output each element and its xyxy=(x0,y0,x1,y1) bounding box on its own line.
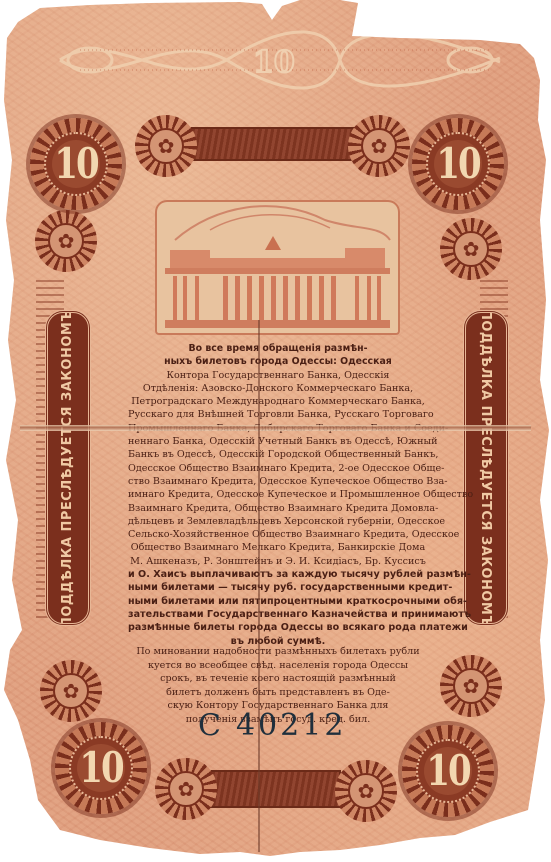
rosette-bottom-right-inner: ✿ xyxy=(335,760,397,822)
rosette-top-left-inner: ✿ xyxy=(135,115,197,177)
flower-icon: ✿ xyxy=(53,673,89,709)
flower-icon: ✿ xyxy=(453,668,489,704)
bottom-ornament-band xyxy=(210,770,341,808)
corner-numeral-top-left: 10 xyxy=(30,118,122,210)
building-icon xyxy=(155,200,400,335)
flower-icon: ✿ xyxy=(168,771,204,807)
corner-numeral-bottom-right: 10 xyxy=(402,725,494,817)
flower-icon: ✿ xyxy=(148,128,184,164)
serial-series: С xyxy=(198,708,224,743)
top-ornament-band xyxy=(190,127,361,161)
flower-icon: ✿ xyxy=(348,773,384,809)
svg-text:10: 10 xyxy=(253,45,295,80)
right-warning-text: ПОДДѢЛКА ПРЕСЛѢДУЕТСЯ ЗАКОНОМЪ xyxy=(479,310,494,626)
top-guilloche-scroll: 10 xyxy=(50,30,510,90)
scroll-ornament-icon: 10 xyxy=(50,30,510,90)
exchange-terms-text: Во все время обращенія размѣн- ныхъ биле… xyxy=(128,342,428,648)
rosette-top-left-lower: ✿ xyxy=(35,210,97,272)
rosette-bottom-left-inner: ✿ xyxy=(155,758,217,820)
serial-digits: 40212 xyxy=(236,708,346,743)
rosette-top-right-lower: ✿ xyxy=(440,218,502,280)
corner-numeral-top-right: 10 xyxy=(412,118,504,210)
building-vignette xyxy=(155,200,400,335)
banknote: 10 ПОДДѢЛКА ПРЕСЛѢДУЕТСЯ ЗАКОНОМЪ ПОДДѢЛ… xyxy=(0,0,551,862)
vertical-fold-crease xyxy=(258,320,260,852)
left-warning-text: ПОДДѢЛКА ПРЕСЛѢДУЕТСЯ ЗАКОНОМЪ xyxy=(61,310,76,626)
rosette-bottom-left-upper: ✿ xyxy=(40,660,102,722)
flower-icon: ✿ xyxy=(361,128,397,164)
rosette-top-right-inner: ✿ xyxy=(348,115,410,177)
flower-icon: ✿ xyxy=(453,231,489,267)
left-warning-panel: ПОДДѢЛКА ПРЕСЛѢДУЕТСЯ ЗАКОНОМЪ xyxy=(45,310,91,626)
rosette-bottom-right-upper: ✿ xyxy=(440,655,502,717)
corner-numeral-bottom-left: 10 xyxy=(55,722,147,814)
flower-icon: ✿ xyxy=(48,223,84,259)
serial-number: С40212 xyxy=(198,708,346,743)
horizontal-fold-crease xyxy=(20,425,531,431)
